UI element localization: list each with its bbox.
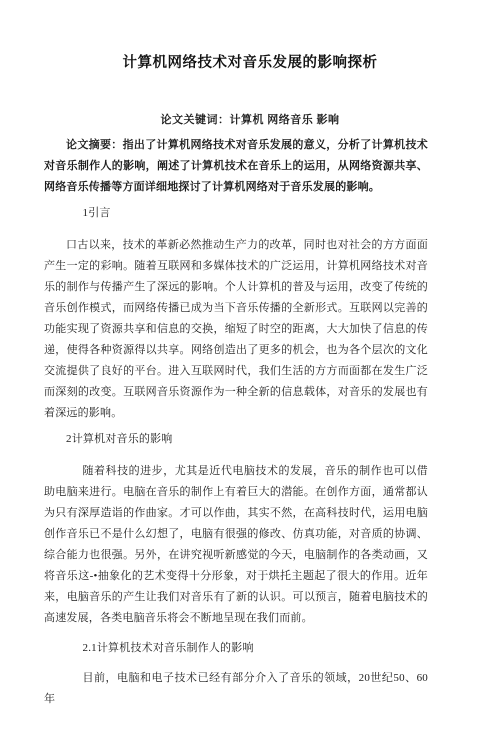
paragraph-computer-influence: 随着科技的进步，尤其是近代电脑技术的发展，音乐的制作也可以借助电脑来进行。电脑在… (44, 461, 428, 629)
section-heading-introduction: 1引言 (44, 203, 428, 224)
section-heading-computer-influence: 2计算机对音乐的影响 (44, 429, 428, 450)
section-heading-music-producers: 2.1计算机技术对音乐制作人的影响 (44, 638, 428, 659)
document-page: 计算机网络技术对音乐发展的影响探析 论文关键词：计算机 网络音乐 影响 论文摘要… (0, 0, 500, 734)
keywords-line: 论文关键词：计算机 网络音乐 影响 (0, 110, 500, 131)
paragraph-music-producers: 目前，电脑和电子技术已经有部分介入了音乐的领域，20世纪50、60年 (44, 668, 428, 710)
paragraph-introduction: 口古以来，技术的革新必然推动生产力的改革，同时也对社会的方方面面产生一定的彩响。… (44, 235, 428, 424)
page-title: 计算机网络技术对音乐发展的影响探析 (0, 0, 500, 74)
abstract-paragraph: 论文摘要：指出了计算机网络技术对音乐发展的意义，分析了计算机技术对音乐制作人的影… (44, 135, 428, 198)
